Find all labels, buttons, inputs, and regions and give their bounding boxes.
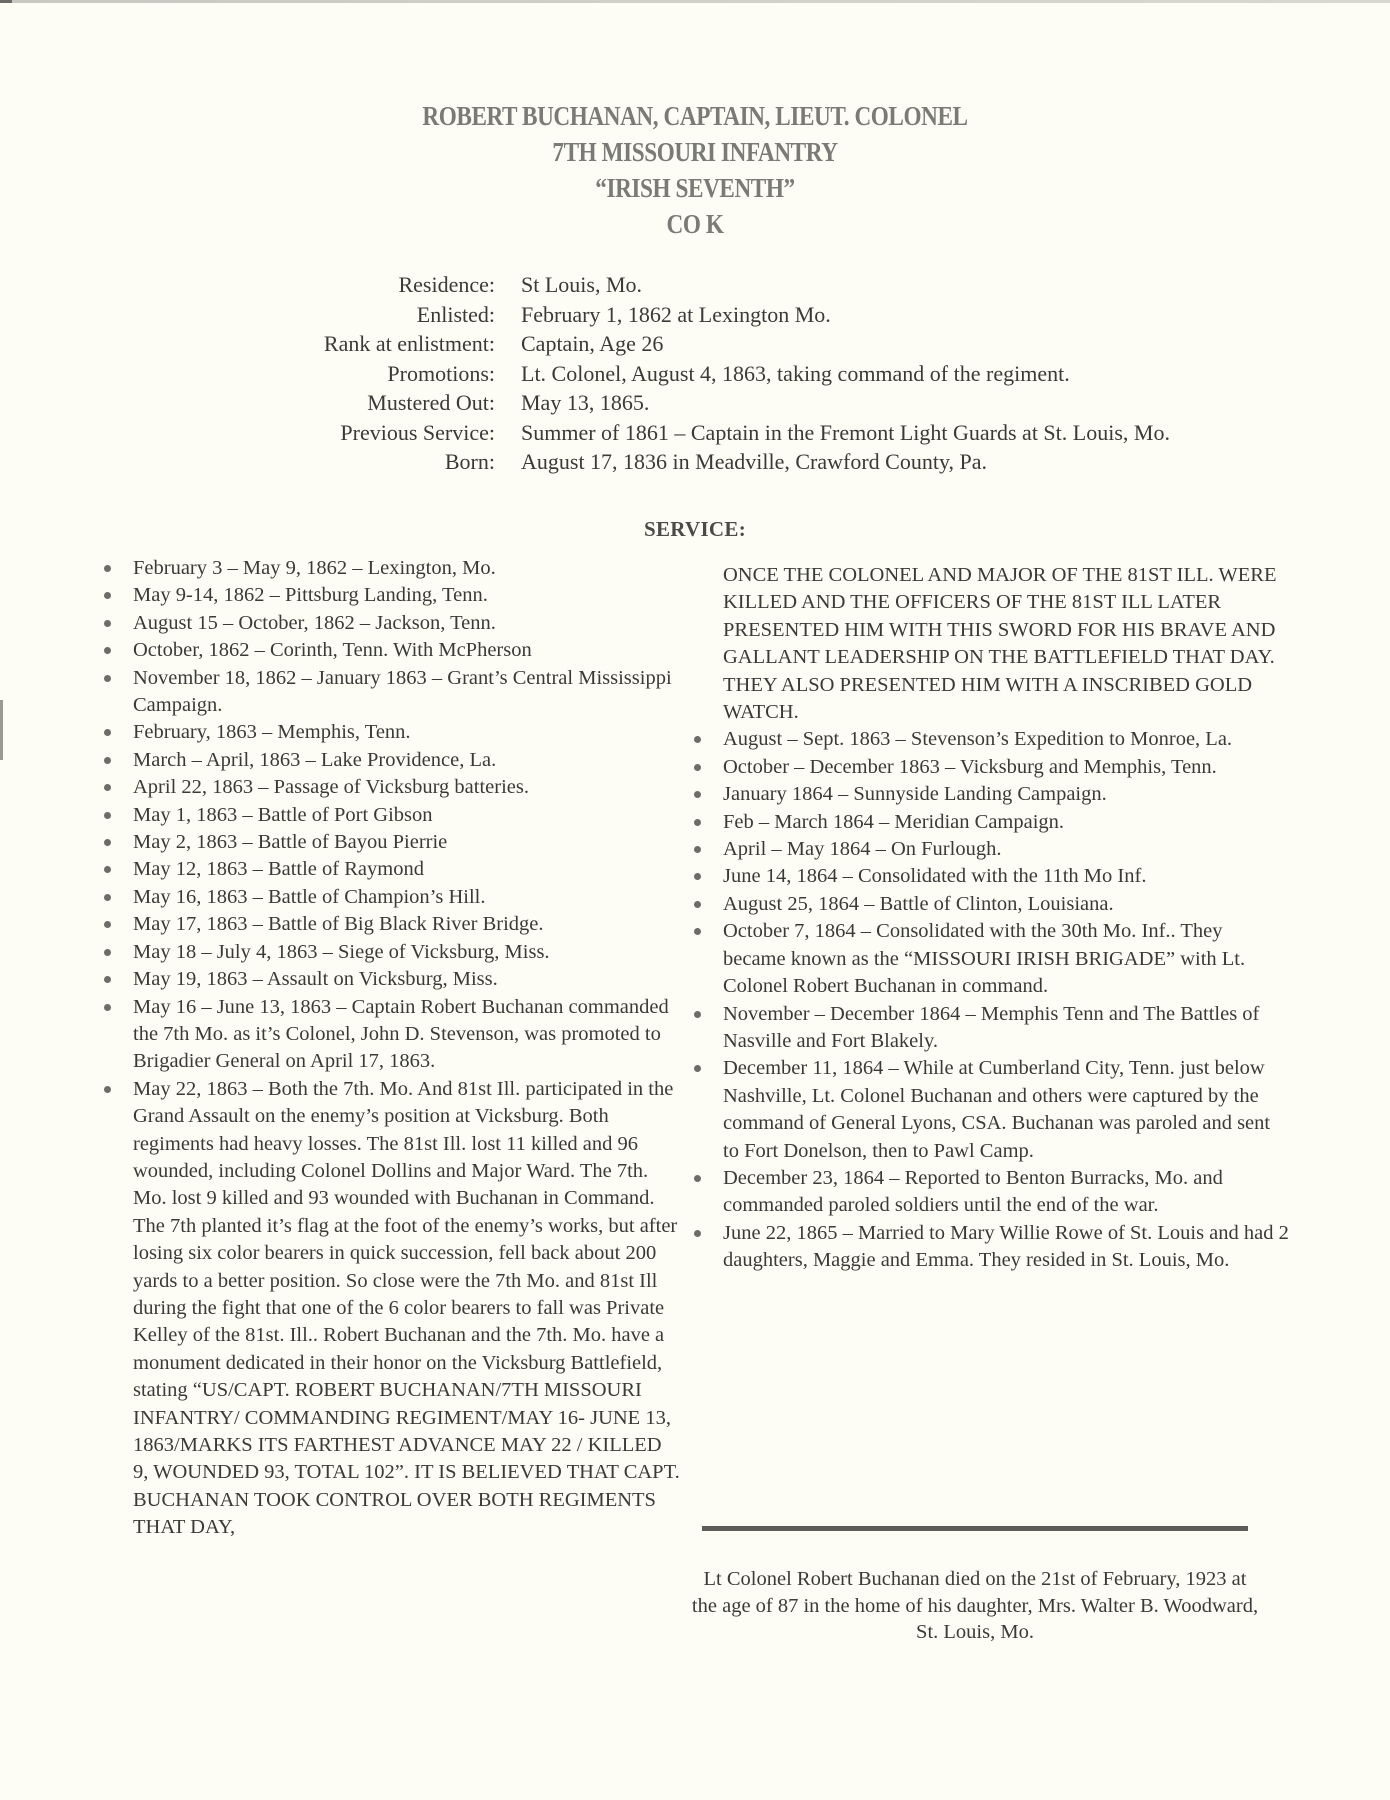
list-item: June 14, 1864 – Consolidated with the 11… <box>690 863 1290 890</box>
list-item: January 1864 – Sunnyside Landing Campaig… <box>690 781 1290 808</box>
fact-label: Mustered Out: <box>240 388 521 418</box>
list-item: April – May 1864 – On Furlough. <box>690 836 1290 863</box>
list-item: October – December 1863 – Vicksburg and … <box>690 754 1290 781</box>
service-list-right: August – Sept. 1863 – Stevenson’s Expedi… <box>690 726 1290 1274</box>
list-item: May 9-14, 1862 – Pittsburg Landing, Tenn… <box>100 582 680 609</box>
list-item: May 2, 1863 – Battle of Bayou Pierrie <box>100 829 680 856</box>
service-list-left: February 3 – May 9, 1862 – Lexington, Mo… <box>100 555 680 1542</box>
service-column-right: ONCE THE COLONEL AND MAJOR OF THE 81ST I… <box>690 562 1290 1275</box>
fact-enlisted: Enlisted: February 1, 1862 at Lexington … <box>240 300 1340 330</box>
list-item: February 3 – May 9, 1862 – Lexington, Mo… <box>100 555 680 582</box>
list-item: Feb – March 1864 – Meridian Campaign. <box>690 809 1290 836</box>
fact-previous-service: Previous Service: Summer of 1861 – Capta… <box>240 418 1340 448</box>
list-item: May 16 – June 13, 1863 – Captain Robert … <box>100 994 680 1076</box>
scan-top-edge <box>0 0 1390 3</box>
list-item: August – Sept. 1863 – Stevenson’s Expedi… <box>690 726 1290 753</box>
fact-value: Lt. Colonel, August 4, 1863, taking comm… <box>521 359 1340 389</box>
title-name-rank: ROBERT BUCHANAN, CAPTAIN, LIEUT. COLONEL <box>97 98 1292 134</box>
service-column-left: February 3 – May 9, 1862 – Lexington, Mo… <box>100 555 680 1542</box>
fact-born: Born: August 17, 1836 in Meadville, Craw… <box>240 447 1340 477</box>
list-item: April 22, 1863 – Passage of Vicksburg ba… <box>100 774 680 801</box>
fact-label: Born: <box>240 447 521 477</box>
list-item: November – December 1864 – Memphis Tenn … <box>690 1001 1290 1056</box>
fact-value: Summer of 1861 – Captain in the Fremont … <box>521 418 1340 448</box>
fact-label: Enlisted: <box>240 300 521 330</box>
fact-label: Rank at enlistment: <box>240 329 521 359</box>
fact-label: Previous Service: <box>240 418 521 448</box>
title-company: CO K <box>97 206 1292 242</box>
fact-rank: Rank at enlistment: Captain, Age 26 <box>240 329 1340 359</box>
list-item: May 16, 1863 – Battle of Champion’s Hill… <box>100 884 680 911</box>
fact-value: St Louis, Mo. <box>521 270 1340 300</box>
list-item: May 17, 1863 – Battle of Big Black River… <box>100 911 680 938</box>
list-item: May 18 – July 4, 1863 – Siege of Vicksbu… <box>100 939 680 966</box>
list-item: February, 1863 – Memphis, Tenn. <box>100 719 680 746</box>
list-item: May 12, 1863 – Battle of Raymond <box>100 856 680 883</box>
fact-value: May 13, 1865. <box>521 388 1340 418</box>
document-title: ROBERT BUCHANAN, CAPTAIN, LIEUT. COLONEL… <box>0 98 1390 242</box>
list-item: May 1, 1863 – Battle of Port Gibson <box>100 802 680 829</box>
title-regiment: 7TH MISSOURI INFANTRY <box>97 134 1292 170</box>
fact-promotions: Promotions: Lt. Colonel, August 4, 1863,… <box>240 359 1340 389</box>
list-item: August 25, 1864 – Battle of Clinton, Lou… <box>690 891 1290 918</box>
service-heading: SERVICE: <box>0 517 1390 542</box>
list-item: May 19, 1863 – Assault on Vicksburg, Mis… <box>100 966 680 993</box>
list-item: May 22, 1863 – Both the 7th. Mo. And 81s… <box>100 1076 680 1542</box>
list-item: December 23, 1864 – Reported to Benton B… <box>690 1165 1290 1220</box>
horizontal-divider <box>702 1526 1248 1531</box>
fact-value: February 1, 1862 at Lexington Mo. <box>521 300 1340 330</box>
continued-paragraph: ONCE THE COLONEL AND MAJOR OF THE 81ST I… <box>690 562 1290 726</box>
list-item: October 7, 1864 – Consolidated with the … <box>690 918 1290 1000</box>
list-item: March – April, 1863 – Lake Providence, L… <box>100 747 680 774</box>
fact-mustered-out: Mustered Out: May 13, 1865. <box>240 388 1340 418</box>
list-item: December 11, 1864 – While at Cumberland … <box>690 1055 1290 1165</box>
fact-label: Residence: <box>240 270 521 300</box>
scan-edge-mark <box>0 700 3 760</box>
list-item: October, 1862 – Corinth, Tenn. With McPh… <box>100 637 680 664</box>
fact-value: August 17, 1836 in Meadville, Crawford C… <box>521 447 1340 477</box>
fact-label: Promotions: <box>240 359 521 389</box>
list-item: November 18, 1862 – January 1863 – Grant… <box>100 665 680 720</box>
biographical-facts: Residence: St Louis, Mo. Enlisted: Febru… <box>240 270 1340 477</box>
title-nickname: “IRISH SEVENTH” <box>97 170 1292 206</box>
fact-residence: Residence: St Louis, Mo. <box>240 270 1340 300</box>
death-note: Lt Colonel Robert Buchanan died on the 2… <box>690 1566 1260 1646</box>
fact-value: Captain, Age 26 <box>521 329 1340 359</box>
list-item: June 22, 1865 – Married to Mary Willie R… <box>690 1220 1290 1275</box>
list-item: August 15 – October, 1862 – Jackson, Ten… <box>100 610 680 637</box>
